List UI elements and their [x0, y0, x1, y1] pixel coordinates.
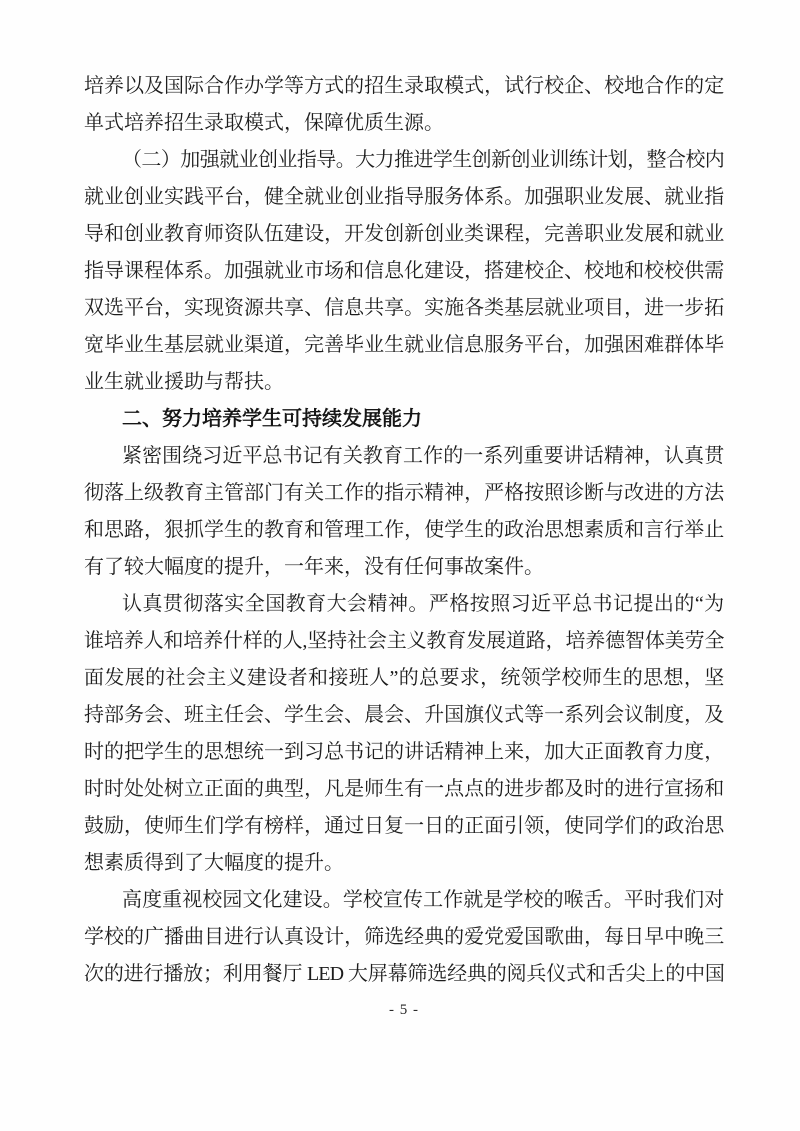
text-line: 时时处处树立正面的典型，凡是师生有一点点的进步都及时的进行宣扬和	[84, 771, 724, 808]
section-heading: 二、努力培养学生可持续发展能力	[84, 401, 724, 438]
text-line: 培养以及国际合作办学等方式的招生录取模式，试行校企、校地合作的定	[84, 68, 724, 105]
text-line: 彻落上级教育主管部门有关工作的指示精神，严格按照诊断与改进的方法	[84, 475, 724, 512]
paragraph-ideological-education: 紧密围绕习近平总书记有关教育工作的一系列重要讲话精神，认真贯 彻落上级教育主管部…	[84, 438, 724, 586]
paragraph-campus-culture: 高度重视校园文化建设。学校宣传工作就是学校的喉舌。平时我们对 学校的广播曲目进行…	[84, 882, 724, 993]
section-2-heading-block: 二、努力培养学生可持续发展能力	[84, 401, 724, 438]
text-line: 认真贯彻落实全国教育大会精神。严格按照习近平总书记提出的“为	[84, 586, 724, 623]
text-line: 鼓励，使师生们学有榜样，通过日复一日的正面引领，使同学们的政治思	[84, 808, 724, 845]
document-page: 培养以及国际合作办学等方式的招生录取模式，试行校企、校地合作的定 单式培养招生录…	[0, 0, 800, 1131]
text-line: 学校的广播曲目进行认真设计，筛选经典的爱党爱国歌曲，每日早中晚三	[84, 919, 724, 956]
text-line: 宽毕业生基层就业渠道，完善毕业生就业信息服务平台，加强困难群体毕	[84, 327, 724, 364]
text-line: （二）加强就业创业指导。大力推进学生创新创业训练计划，整合校内	[84, 142, 724, 179]
text-line: 双选平台，实现资源共享、信息共享。实施各类基层就业项目，进一步拓	[84, 290, 724, 327]
paragraph-employment-guidance: （二）加强就业创业指导。大力推进学生创新创业训练计划，整合校内 就业创业实践平台…	[84, 142, 724, 401]
text-line: 时的把学生的思想统一到习总书记的讲话精神上来，加大正面教育力度，	[84, 734, 724, 771]
document-body: 培养以及国际合作办学等方式的招生录取模式，试行校企、校地合作的定 单式培养招生录…	[84, 68, 724, 993]
text-line: 导和创业教育师资队伍建设，开发创新创业类课程，完善职业发展和就业	[84, 216, 724, 253]
text-line: 紧密围绕习近平总书记有关教育工作的一系列重要讲话精神，认真贯	[84, 438, 724, 475]
text-line: 持部务会、班主任会、学生会、晨会、升国旗仪式等一系列会议制度，及	[84, 697, 724, 734]
text-line: 想素质得到了大幅度的提升。	[84, 845, 724, 882]
page-number: - 5 -	[84, 1002, 724, 1019]
text-line: 就业创业实践平台，健全就业创业指导服务体系。加强职业发展、就业指	[84, 179, 724, 216]
text-line: 有了较大幅度的提升，一年来，没有任何事故案件。	[84, 549, 724, 586]
text-line: 谁培养人和培养什样的人,坚持社会主义教育发展道路，培养德智体美劳全	[84, 623, 724, 660]
text-line: 面发展的社会主义建设者和接班人”的总要求，统领学校师生的思想，坚	[84, 660, 724, 697]
text-line: 次的进行播放；利用餐厅 LED 大屏幕筛选经典的阅兵仪式和舌尖上的中国	[84, 956, 724, 993]
text-line: 和思路，狠抓学生的教育和管理工作，使学生的政治思想素质和言行举止	[84, 512, 724, 549]
text-line: 单式培养招生录取模式，保障优质生源。	[84, 105, 724, 142]
text-line: 业生就业援助与帮扶。	[84, 364, 724, 401]
text-line: 高度重视校园文化建设。学校宣传工作就是学校的喉舌。平时我们对	[84, 882, 724, 919]
text-line: 指导课程体系。加强就业市场和信息化建设，搭建校企、校地和校校供需	[84, 253, 724, 290]
paragraph-education-conference-spirit: 认真贯彻落实全国教育大会精神。严格按照习近平总书记提出的“为 谁培养人和培养什样…	[84, 586, 724, 882]
paragraph-enrollment-continuation: 培养以及国际合作办学等方式的招生录取模式，试行校企、校地合作的定 单式培养招生录…	[84, 68, 724, 142]
